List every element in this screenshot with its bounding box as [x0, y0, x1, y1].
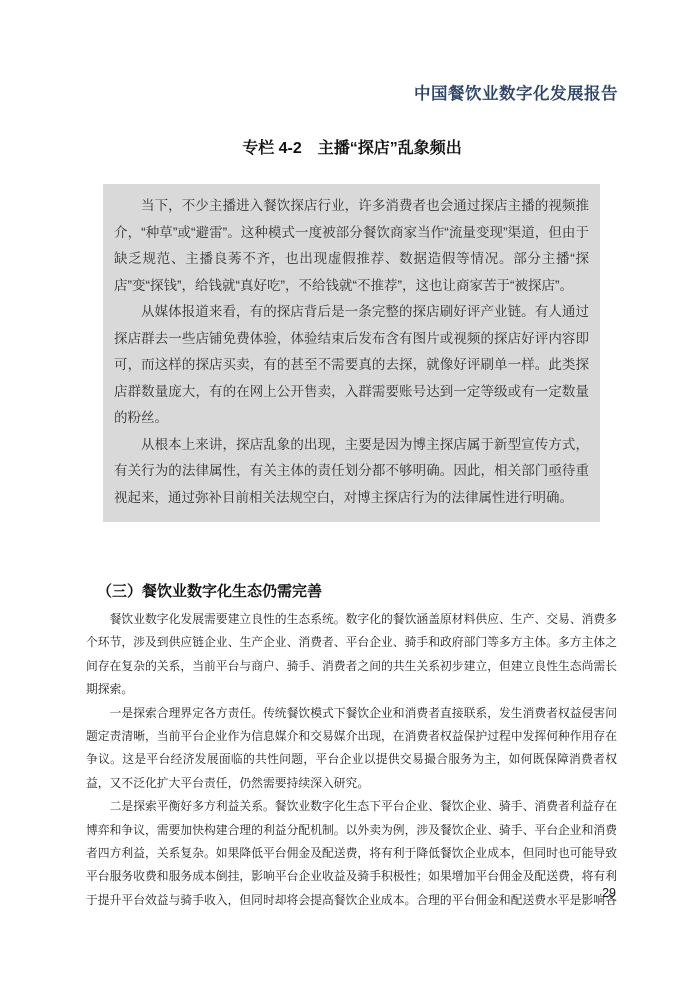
page-number: 29 [602, 886, 616, 900]
column-box-paragraph: 当下，不少主播进入餐饮探店行业，许多消费者也会通过探店主播的视频推介，“种草”或… [114, 193, 589, 299]
section-heading: （三）餐饮业数字化生态仍需完善 [97, 580, 618, 601]
column-box-title: 专栏 4-2 主播“探店”乱象频出 [86, 135, 618, 158]
document-page: 中国餐饮业数字化发展报告 专栏 4-2 主播“探店”乱象频出 当下，不少主播进入… [0, 0, 700, 982]
column-box: 当下，不少主播进入餐饮探店行业，许多消费者也会通过探店主播的视频推介，“种草”或… [103, 184, 600, 522]
body-paragraph: 一是探索合理界定各方责任。传统餐饮模式下餐饮企业和消费者直接联系，发生消费者权益… [86, 702, 617, 796]
column-box-paragraph: 从根本上来讲，探店乱象的出现，主要是因为博主探店属于新型宣传方式，有关行为的法律… [114, 432, 589, 512]
body-paragraph: 餐饮业数字化发展需要建立良性的生态系统。数字化的餐饮涵盖原材料供应、生产、交易、… [86, 608, 617, 702]
section-body: 餐饮业数字化发展需要建立良性的生态系统。数字化的餐饮涵盖原材料供应、生产、交易、… [86, 608, 617, 912]
column-box-paragraph: 从媒体报道来看，有的探店背后是一条完整的探店刷好评产业链。有人通过探店群去一些店… [114, 299, 589, 432]
report-header-title: 中国餐饮业数字化发展报告 [86, 80, 618, 104]
body-paragraph: 二是探索平衡好多方利益关系。餐饮业数字化生态下平台企业、餐饮企业、骑手、消费者利… [86, 795, 617, 912]
